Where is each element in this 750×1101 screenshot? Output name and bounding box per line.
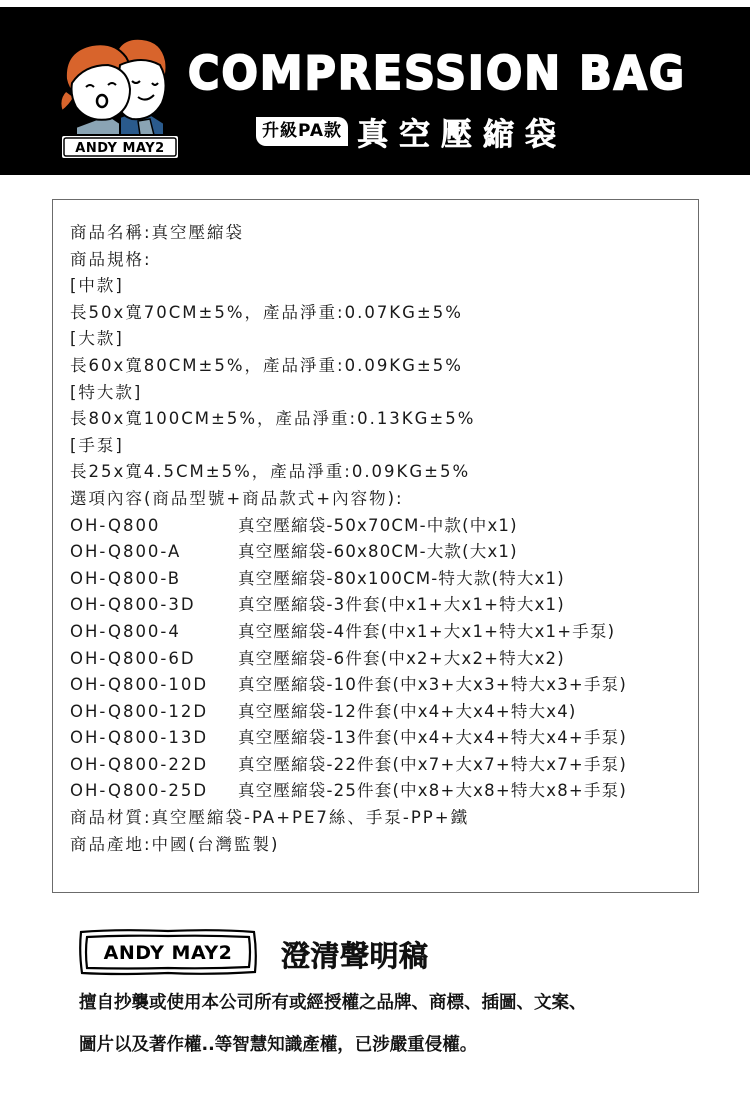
option-desc: 真空壓縮袋-10件套(中x3+大x3+特大x3+手泵): [238, 672, 627, 699]
declaration-logo: ANDY MAY2: [78, 928, 258, 976]
product-spec-label: 商品規格:: [70, 247, 700, 274]
hand-pump-heading: [手泵]: [70, 433, 700, 460]
option-code: OH-Q800-13D: [70, 725, 238, 752]
declaration-title: 澄清聲明稿: [281, 934, 429, 975]
origin-line: 商品產地:中國(台灣監製): [70, 832, 700, 859]
material-line: 商品材質:真空壓縮袋-PA+PE7絲、手泵-PP+鐵: [70, 805, 700, 832]
option-code: OH-Q800-12D: [70, 699, 238, 726]
option-desc: 真空壓縮袋-13件套(中x4+大x4+特大x4+手泵): [238, 725, 627, 752]
title-chinese: 真空壓縮袋: [357, 109, 567, 154]
size-medium-heading: [中款]: [70, 273, 700, 300]
option-code: OH-Q800-25D: [70, 778, 238, 805]
svg-text:ANDY MAY2: ANDY MAY2: [104, 942, 233, 964]
subtitle-row: 升級PA款 真空壓縮袋: [256, 111, 567, 151]
header-banner: ANDY MAY2 COMPRESSION BAG 升級PA款 真空壓縮袋: [0, 7, 750, 175]
option-row: OH-Q800-22D 真空壓縮袋-22件套(中x7+大x7+特大x7+手泵): [70, 752, 700, 779]
option-code: OH-Q800-3D: [70, 592, 238, 619]
option-desc: 真空壓縮袋-22件套(中x7+大x7+特大x7+手泵): [238, 752, 627, 779]
product-spec-box: 商品名稱:真空壓縮袋 商品規格: [中款] 長50x寬70CM±5%，產品淨重:…: [52, 199, 699, 893]
size-xlarge-heading: [特大款]: [70, 380, 700, 407]
brand-logo: ANDY MAY2: [58, 31, 183, 161]
declaration-line: 圖片以及著作權..等智慧知識產權，已涉嚴重侵權。: [79, 1030, 699, 1072]
option-code: OH-Q800-4: [70, 619, 238, 646]
option-row: OH-Q800-A 真空壓縮袋-60x80CM-大款(大x1): [70, 539, 700, 566]
couple-illustration-icon: ANDY MAY2: [58, 31, 183, 161]
option-row: OH-Q800-25D 真空壓縮袋-25件套(中x8+大x8+特大x8+手泵): [70, 778, 700, 805]
declaration-line: 擅自抄襲或使用本公司所有或經授權之品牌、商標、插圖、文案、: [79, 988, 699, 1030]
option-code: OH-Q800-A: [70, 539, 238, 566]
option-desc: 真空壓縮袋-4件套(中x1+大x1+特大x1+手泵): [238, 619, 615, 646]
size-large-heading: [大款]: [70, 326, 700, 353]
option-code: OH-Q800-10D: [70, 672, 238, 699]
size-large-detail: 長60x寬80CM±5%，產品淨重:0.09KG±5%: [70, 353, 700, 380]
options-label: 選項內容(商品型號+商品款式+內容物):: [70, 486, 700, 513]
option-desc: 真空壓縮袋-3件套(中x1+大x1+特大x1): [238, 592, 565, 619]
size-xlarge-detail: 長80x寬100CM±5%，產品淨重:0.13KG±5%: [70, 406, 700, 433]
spec-lines: 商品名稱:真空壓縮袋 商品規格: [中款] 長50x寬70CM±5%，產品淨重:…: [70, 220, 700, 858]
option-desc: 真空壓縮袋-60x80CM-大款(大x1): [238, 539, 518, 566]
size-medium-detail: 長50x寬70CM±5%，產品淨重:0.07KG±5%: [70, 300, 700, 327]
title-english: COMPRESSION BAG: [188, 45, 644, 101]
option-row: OH-Q800-13D 真空壓縮袋-13件套(中x4+大x4+特大x4+手泵): [70, 725, 700, 752]
option-desc: 真空壓縮袋-50x70CM-中款(中x1): [238, 513, 518, 540]
option-desc: 真空壓縮袋-80x100CM-特大款(特大x1): [238, 566, 565, 593]
option-row: OH-Q800 真空壓縮袋-50x70CM-中款(中x1): [70, 513, 700, 540]
option-row: OH-Q800-6D 真空壓縮袋-6件套(中x2+大x2+特大x2): [70, 646, 700, 673]
option-code: OH-Q800: [70, 513, 238, 540]
option-row: OH-Q800-B 真空壓縮袋-80x100CM-特大款(特大x1): [70, 566, 700, 593]
svg-text:ANDY MAY2: ANDY MAY2: [75, 141, 164, 156]
option-code: OH-Q800-22D: [70, 752, 238, 779]
option-desc: 真空壓縮袋-6件套(中x2+大x2+特大x2): [238, 646, 565, 673]
option-desc: 真空壓縮袋-25件套(中x8+大x8+特大x8+手泵): [238, 778, 627, 805]
option-code: OH-Q800-B: [70, 566, 238, 593]
hand-pump-detail: 長25x寬4.5CM±5%，產品淨重:0.09KG±5%: [70, 459, 700, 486]
option-desc: 真空壓縮袋-12件套(中x4+大x4+特大x4): [238, 699, 577, 726]
option-code: OH-Q800-6D: [70, 646, 238, 673]
option-row: OH-Q800-10D 真空壓縮袋-10件套(中x3+大x3+特大x3+手泵): [70, 672, 700, 699]
option-row: OH-Q800-3D 真空壓縮袋-3件套(中x1+大x1+特大x1): [70, 592, 700, 619]
option-row: OH-Q800-4 真空壓縮袋-4件套(中x1+大x1+特大x1+手泵): [70, 619, 700, 646]
product-name: 商品名稱:真空壓縮袋: [70, 220, 700, 247]
upgrade-badge: 升級PA款: [256, 117, 348, 146]
option-row: OH-Q800-12D 真空壓縮袋-12件套(中x4+大x4+特大x4): [70, 699, 700, 726]
andy-may2-logo-icon: ANDY MAY2: [78, 928, 258, 976]
declaration-body: 擅自抄襲或使用本公司所有或經授權之品牌、商標、插圖、文案、 圖片以及著作權..等…: [79, 988, 699, 1072]
